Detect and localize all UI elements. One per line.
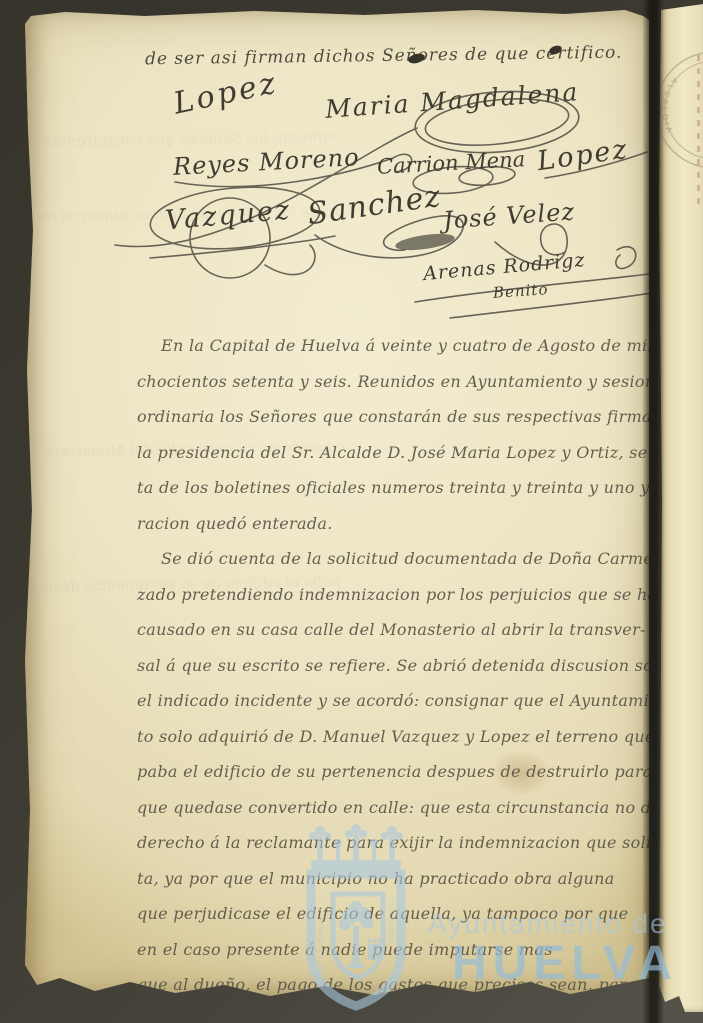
page-gap-shadow <box>642 0 664 1023</box>
tower-icon <box>368 939 380 960</box>
tree-icon <box>339 901 373 968</box>
manuscript-line: la presidencia del Sr. Alcalde D. José M… <box>137 435 703 471</box>
watermark-text-line2: HUELVA <box>452 936 678 991</box>
manuscript-line: En la Capital de Huelva á veinte y cuatr… <box>137 328 703 364</box>
shield-motto-right: CUSTODIA <box>387 898 394 942</box>
manuscript-line: ta de los boletines oficiales numeros tr… <box>137 470 703 506</box>
next-page-edge: ALCALDIA <box>659 0 703 1012</box>
manuscript-line: causado en su casa calle del Monasterio … <box>137 612 703 648</box>
manuscript-line: derecho á la reclamante para exijir la i… <box>137 825 703 861</box>
manuscript-line: el indicado incidente y se acordó: consi… <box>137 683 703 719</box>
crown-icon <box>309 824 403 870</box>
scanned-manuscript-image: ordinaria los Señores que constarán de s… <box>0 0 703 1023</box>
manuscript-line: Se dió cuenta de la solicitud documentad… <box>137 541 703 577</box>
signature-rodriguez-rubric: Benito <box>492 280 549 302</box>
shield-motto-left: PORTUS MARIS <box>318 917 325 982</box>
manuscript-line: paba el edificio de su pertenencia despu… <box>137 754 703 790</box>
manuscript-line: chocientos setenta y seis. Reunidos en A… <box>137 364 703 400</box>
manuscript-line: ta, ya por que el municipio no ha practi… <box>137 861 703 897</box>
minutes-body: En la Capital de Huelva á veinte y cuatr… <box>137 328 703 1003</box>
manuscript-line: ordinaria los Señores que constarán de s… <box>137 399 703 435</box>
manuscript-line: to solo adquirió de D. Manuel Vazquez y … <box>137 719 703 755</box>
huelva-coat-of-arms-watermark: PORTUS MARIS CUSTODIA <box>295 822 417 1022</box>
manuscript-line: racion quedó enterada. <box>137 506 703 542</box>
manuscript-line: sal á que su escrito se refiere. Se abri… <box>137 648 703 684</box>
manuscript-line: que quedase convertido en calle: que est… <box>137 790 703 826</box>
manuscript-line: zado pretendiendo indemnizacion por los … <box>137 577 703 613</box>
red-edge-mark <box>697 55 700 210</box>
